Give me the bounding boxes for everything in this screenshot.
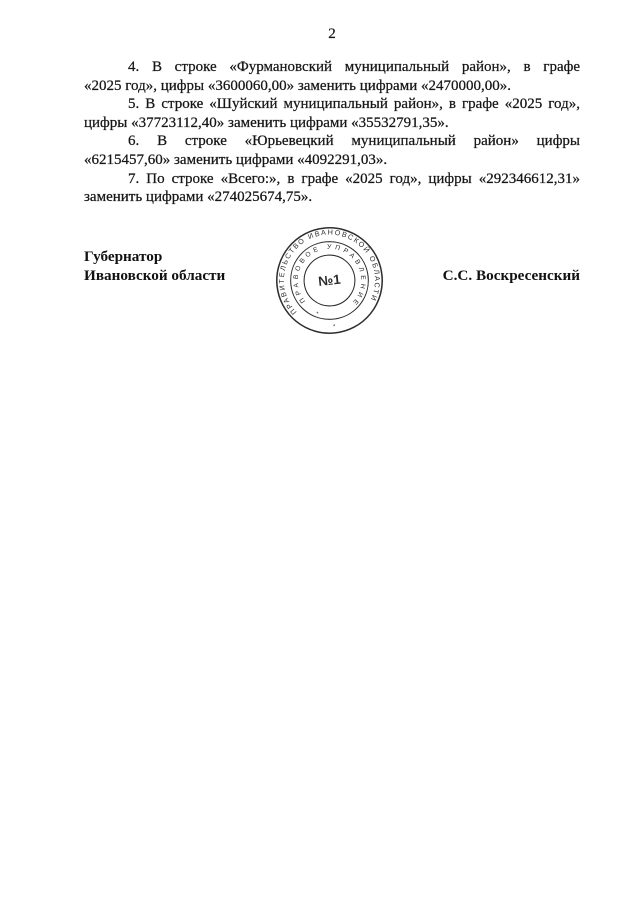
paragraph-7-line-2: заменить цифрами «274025674,75».: [84, 188, 580, 207]
paragraph-7-line-1: 7. По строке «Всего:», в графе «2025 год…: [84, 170, 580, 189]
paragraph-5-line-1: 5. В строке «Шуйский муниципальный район…: [84, 95, 580, 114]
seal-separator-outer: *: [333, 324, 337, 330]
official-seal-stamp: ПРАВИТЕЛЬСТВО ИВАНОВСКОЙ ОБЛАСТИ ПРАВОВО…: [272, 223, 387, 338]
paragraph-6: 6. В строке «Юрьевецкий муниципальный ра…: [84, 132, 580, 169]
signatory-name: С.С. Воскресенский: [443, 267, 580, 286]
document-body: 4. В строке «Фурмановский муниципальный …: [84, 58, 580, 207]
paragraph-6-line-2: «6215457,60» заменить цифрами «4092291,0…: [84, 151, 580, 170]
seal-center-number: №1: [318, 272, 342, 289]
paragraph-4-line-1: 4. В строке «Фурмановский муниципальный …: [84, 58, 580, 77]
document-page: 2 4. В строке «Фурмановский муниципальны…: [0, 0, 640, 905]
paragraph-4-line-2: «2025 год», цифры «3600060,00» заменить …: [84, 77, 580, 96]
paragraph-5-line-2: цифры «37723112,40» заменить цифрами «35…: [84, 114, 580, 133]
paragraph-6-line-1: 6. В строке «Юрьевецкий муниципальный ра…: [84, 132, 580, 151]
seal-separator-inner: *: [316, 311, 320, 317]
paragraph-5: 5. В строке «Шуйский муниципальный район…: [84, 95, 580, 132]
paragraph-7: 7. По строке «Всего:», в графе «2025 год…: [84, 170, 580, 207]
page-number: 2: [84, 26, 580, 43]
paragraph-4: 4. В строке «Фурмановский муниципальный …: [84, 58, 580, 95]
seal-icon: ПРАВИТЕЛЬСТВО ИВАНОВСКОЙ ОБЛАСТИ ПРАВОВО…: [272, 223, 387, 338]
